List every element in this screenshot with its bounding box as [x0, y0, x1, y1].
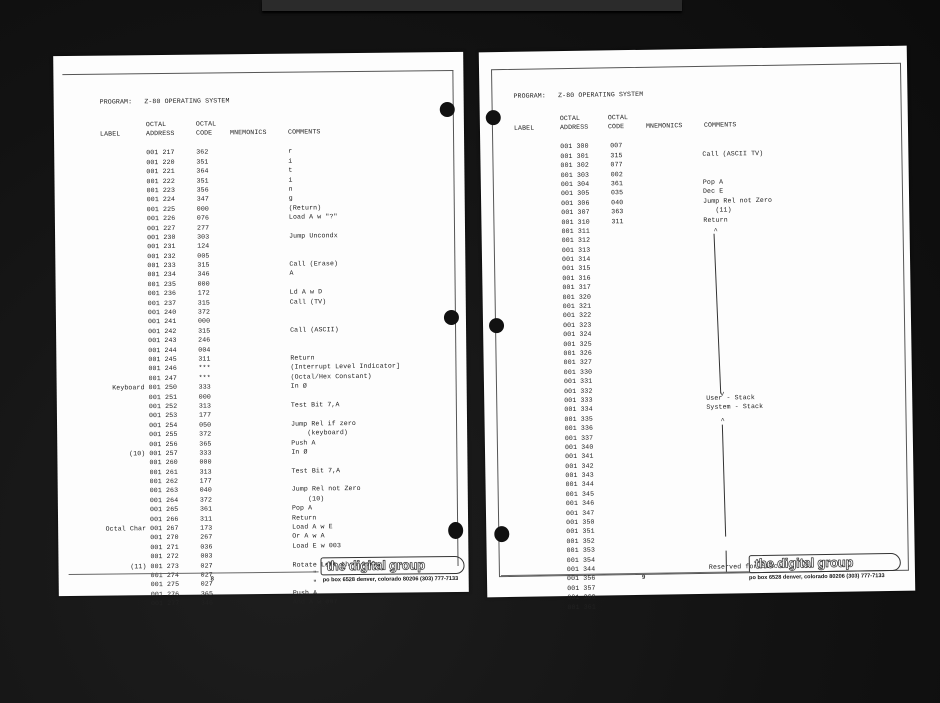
- row-code: 365: [201, 589, 213, 599]
- row-label: Octal Char: [104, 524, 146, 534]
- row-comment: (keyboard): [291, 428, 348, 438]
- row-code: 000: [198, 317, 210, 327]
- row-address: 001 264: [150, 496, 179, 506]
- row-address: 001 231: [147, 242, 176, 252]
- row-code: 277: [197, 223, 209, 233]
- row-comment: (Return): [289, 203, 322, 213]
- row-address: 001 256: [149, 439, 178, 449]
- header-label: LABEL: [514, 124, 534, 134]
- row-code: 050: [199, 420, 211, 430]
- header-comments: COMMENTS: [288, 128, 321, 138]
- row-address: 001 227: [147, 223, 176, 233]
- program-heading: PROGRAM: Z-80 OPERATING SYSTEM: [513, 90, 643, 101]
- row-code: 076: [197, 214, 209, 224]
- row-comment: Load A w E: [292, 522, 333, 532]
- row-code: 036: [200, 542, 212, 552]
- row-code: 077: [610, 160, 622, 170]
- row-code: 363: [611, 207, 623, 217]
- row-comment: A: [289, 269, 293, 278]
- binder-hole: [448, 522, 463, 539]
- row-comment: r: [288, 147, 292, 156]
- row-code: 000: [199, 458, 211, 468]
- row-address: 001 313: [562, 245, 591, 255]
- row-code: 303: [197, 232, 209, 242]
- row-code: 315: [610, 151, 622, 161]
- row-address: 001 321: [563, 302, 592, 312]
- listing-row: 001 361: [521, 601, 651, 612]
- row-address: 001 361: [567, 602, 596, 612]
- row-code: 372: [200, 495, 212, 505]
- row-address: 001 334: [564, 405, 593, 415]
- row-code: 372: [198, 308, 210, 318]
- arrow-down-icon: v: [720, 392, 724, 399]
- row-address: 001 262: [150, 477, 179, 487]
- document-page-9: PROGRAM: Z-80 OPERATING SYSTEM LABEL OCT…: [479, 46, 916, 598]
- row-address: 001 351: [566, 527, 595, 537]
- row-code: 007: [610, 142, 622, 152]
- row-address: 001 345: [566, 489, 595, 499]
- row-code: 177: [200, 477, 212, 487]
- row-code: 000: [197, 204, 209, 214]
- row-address: 001 277: [151, 599, 180, 609]
- row-address: 001 236: [148, 289, 177, 299]
- row-address: 001 250: [149, 383, 178, 393]
- row-address: 001 300: [560, 142, 589, 152]
- binder-hole: [444, 310, 459, 325]
- row-code: 364: [196, 167, 208, 177]
- row-address: 001 340: [565, 443, 594, 453]
- program-name: Z-80 OPERATING SYSTEM: [558, 91, 643, 99]
- row-address: 001 240: [148, 308, 177, 318]
- row-comment: (11): [703, 206, 732, 216]
- header-mnemonics: MNEMONICS: [646, 122, 683, 132]
- program-label: PROGRAM:: [100, 98, 133, 105]
- brand-address: po box 6528 denver, colorado 80206 (303)…: [749, 573, 885, 581]
- row-comment: i: [288, 156, 292, 165]
- row-comment: Load E w 003: [292, 541, 341, 551]
- row-code: 004: [198, 345, 210, 355]
- row-address: 001 270: [150, 533, 179, 543]
- row-code: 351: [196, 176, 208, 186]
- header-comments: COMMENTS: [704, 121, 737, 131]
- row-address: 001 237: [148, 299, 177, 309]
- row-address: 001 317: [562, 283, 591, 293]
- row-comment: Jump Rel not Zero: [292, 484, 361, 494]
- row-code: 002: [611, 170, 623, 180]
- row-comment: (10): [292, 494, 325, 504]
- row-code: 005: [197, 251, 209, 261]
- row-code: 027: [200, 561, 212, 571]
- row-code: 361: [200, 505, 212, 515]
- row-address: 001 331: [564, 377, 593, 387]
- row-comment: Or A w A: [292, 532, 325, 542]
- row-address: 001 306: [561, 198, 590, 208]
- row-code: 333: [199, 383, 211, 393]
- row-address: 001 320: [563, 292, 592, 302]
- row-code: 311: [200, 514, 212, 524]
- row-address: 001 233: [147, 261, 176, 271]
- row-comment: g: [289, 194, 293, 203]
- row-address: 001 230: [147, 233, 176, 243]
- row-comment: Call (TV): [290, 297, 327, 307]
- row-code: 347: [197, 195, 209, 205]
- row-address: 001 356: [567, 574, 596, 584]
- row-address: 001 343: [565, 471, 594, 481]
- brand-logo: the digital group: [755, 555, 854, 572]
- row-address: 001 221: [146, 167, 175, 177]
- row-comment: Call (Erase): [289, 259, 338, 269]
- row-code: 346: [201, 599, 213, 609]
- program-heading: PROGRAM: Z-80 OPERATING SYSTEM: [100, 96, 230, 107]
- row-comment: System - Stack: [706, 402, 763, 412]
- row-address: 001 252: [149, 402, 178, 412]
- listing-row: 001 277346And A w 007: [105, 598, 235, 609]
- row-address: 001 275: [151, 580, 180, 590]
- row-address: 001 337: [565, 433, 594, 443]
- row-code: 035: [611, 189, 623, 199]
- row-comment: Return: [292, 513, 316, 523]
- row-code: 246: [198, 336, 210, 346]
- row-comment: Pop A: [292, 504, 312, 514]
- row-address: 001 335: [564, 414, 593, 424]
- row-address: 001 260: [149, 458, 178, 468]
- row-code: 315: [197, 261, 209, 271]
- row-code: 172: [198, 289, 210, 299]
- row-address: 001 242: [148, 327, 177, 337]
- brand-logo: the digital group: [326, 557, 425, 573]
- row-address: 001 267: [150, 524, 179, 534]
- row-address: 001 261: [150, 468, 179, 478]
- row-code: 003: [200, 552, 212, 562]
- row-address: 001 232: [147, 252, 176, 262]
- row-address: 001 336: [565, 424, 594, 434]
- row-comment: In Ø: [291, 382, 307, 392]
- row-address: 001 315: [562, 264, 591, 274]
- row-address: 001 222: [146, 176, 175, 186]
- row-comment: ": [293, 579, 317, 589]
- listing-sheet: PROGRAM: Z-80 OPERATING SYSTEM LABEL OCT…: [513, 90, 651, 613]
- row-address: 001 225: [147, 205, 176, 215]
- row-comment: Push A: [293, 588, 317, 598]
- program-name: Z-80 OPERATING SYSTEM: [144, 97, 229, 105]
- header-address: ADDRESS: [146, 129, 175, 139]
- row-address: 001 307: [561, 208, 590, 218]
- row-comment: And A w 007: [293, 597, 338, 607]
- row-address: 001 266: [150, 515, 179, 525]
- row-code: ***: [198, 364, 210, 374]
- row-address: 001 301: [560, 151, 589, 161]
- row-address: 001 347: [566, 508, 595, 518]
- row-address: 001 246: [148, 364, 177, 374]
- row-code: ***: [199, 373, 211, 383]
- row-comment: Jump Uncondx: [289, 231, 338, 241]
- row-address: 001 247: [149, 374, 178, 384]
- row-address: 001 271: [150, 543, 179, 553]
- header-label: LABEL: [100, 130, 120, 140]
- row-address: 001 322: [563, 311, 592, 321]
- listing-sheet: PROGRAM: Z-80 OPERATING SYSTEM LABEL OCT…: [100, 96, 235, 609]
- row-address: 001 357: [567, 583, 596, 593]
- row-address: 001 327: [564, 358, 593, 368]
- row-address: 001 344: [565, 480, 594, 490]
- row-code: 346: [197, 270, 209, 280]
- row-address: 001 346: [566, 499, 595, 509]
- row-address: 001 244: [148, 345, 177, 355]
- row-address: 001 220: [146, 158, 175, 168]
- row-comment: Dec E: [703, 187, 723, 197]
- listing-rows: 001 300007001 301315Call (ASCII TV)001 3…: [514, 141, 651, 613]
- row-comment: Return: [703, 215, 727, 225]
- header-mnemonics: MNEMONICS: [230, 128, 267, 138]
- row-address: 001 303: [561, 170, 590, 180]
- row-address: 001 251: [149, 392, 178, 402]
- row-address: 001 353: [567, 546, 596, 556]
- row-address: 001 314: [562, 255, 591, 265]
- row-address: 001 304: [561, 180, 590, 190]
- row-code: 315: [198, 298, 210, 308]
- header-code: CODE: [608, 123, 624, 133]
- row-address: 001 223: [147, 186, 176, 196]
- row-address: 001 305: [561, 189, 590, 199]
- row-code: 315: [198, 326, 210, 336]
- row-comment: In Ø: [291, 447, 307, 457]
- row-code: 365: [199, 439, 211, 449]
- row-code: 311: [198, 355, 210, 365]
- row-code: 333: [199, 448, 211, 458]
- row-label: Keyboard: [103, 383, 145, 393]
- row-code: 124: [197, 242, 209, 252]
- row-code: 311: [611, 217, 623, 227]
- header-code: CODE: [196, 129, 212, 139]
- row-comment: Pop A: [703, 178, 723, 188]
- row-address: 001 243: [148, 336, 177, 346]
- row-address: 001 332: [564, 386, 593, 396]
- row-comment: Test Bit 7,A: [291, 466, 340, 476]
- row-address: 001 350: [566, 518, 595, 528]
- row-code: 040: [611, 198, 623, 208]
- row-address: 001 333: [564, 396, 593, 406]
- row-address: 001 273: [150, 561, 179, 571]
- row-address: 001 226: [147, 214, 176, 224]
- row-address: 001 312: [562, 236, 591, 246]
- row-address: 001 326: [563, 349, 592, 359]
- row-address: 001 354: [567, 555, 596, 565]
- brand-address: po box 6528 denver, colorado 80206 (303)…: [323, 576, 459, 583]
- row-address: 001 341: [565, 452, 594, 462]
- row-comment: Load A w "?": [289, 212, 338, 222]
- row-address: 001 311: [561, 227, 590, 237]
- column-headers: LABEL OCTAL ADDRESS OCTAL CODE MNEMONICS…: [514, 109, 644, 139]
- row-address: 001 254: [149, 421, 178, 431]
- page-number: 8: [211, 577, 214, 583]
- row-code: 361: [611, 179, 623, 189]
- row-code: 372: [199, 430, 211, 440]
- row-address: 001 253: [149, 411, 178, 421]
- row-code: 362: [196, 148, 208, 158]
- header-address: ADDRESS: [560, 123, 589, 133]
- row-comment: t: [288, 166, 292, 175]
- row-address: 001 302: [560, 161, 589, 171]
- row-address: 001 263: [150, 486, 179, 496]
- row-comment: n: [289, 185, 293, 194]
- row-comment: i: [288, 175, 292, 184]
- binder-hole: [440, 102, 455, 117]
- row-code: 177: [199, 411, 211, 421]
- row-code: 313: [199, 467, 211, 477]
- row-address: 001 234: [147, 270, 176, 280]
- row-address: 001 235: [148, 280, 177, 290]
- row-address: 001 323: [563, 320, 592, 330]
- page-number: 9: [642, 575, 645, 581]
- program-label: PROGRAM:: [513, 92, 546, 100]
- row-address: 001 265: [150, 505, 179, 515]
- row-code: 000: [198, 279, 210, 289]
- row-code: 356: [197, 186, 209, 196]
- row-address: 001 330: [564, 367, 593, 377]
- row-comment: Call (ASCII TV): [702, 149, 763, 159]
- row-comment: (Octal/Hex Constant): [291, 372, 372, 382]
- row-address: 001 325: [563, 339, 592, 349]
- row-comment: Ld A w D: [290, 288, 323, 298]
- row-label: (11): [104, 562, 146, 572]
- row-comment: Push A: [291, 438, 315, 448]
- document-page-8: PROGRAM: Z-80 OPERATING SYSTEM LABEL OCT…: [53, 52, 469, 596]
- row-address: 001 245: [148, 355, 177, 365]
- row-code: 351: [196, 157, 208, 167]
- row-comment: Call (ASCII): [290, 325, 339, 335]
- row-address: 001 276: [151, 590, 180, 600]
- row-comment: Test Bit 7,A: [291, 400, 340, 410]
- row-code: 040: [200, 486, 212, 496]
- row-address: 001 255: [149, 430, 178, 440]
- row-address: 001 352: [566, 536, 595, 546]
- row-comment: Return: [290, 353, 314, 363]
- scanner-lid-edge: [262, 0, 682, 11]
- row-address: 001 324: [563, 330, 592, 340]
- row-address: 001 257: [149, 449, 178, 459]
- row-address: 001 360: [567, 593, 596, 603]
- listing-rows: 001 217362r001 220351i001 221364t001 222…: [100, 148, 235, 609]
- row-label: (10): [103, 449, 145, 459]
- row-address: 001 241: [148, 317, 177, 327]
- row-code: 267: [200, 533, 212, 543]
- row-code: 313: [199, 401, 211, 411]
- row-address: 001 342: [565, 461, 594, 471]
- row-address: 001 310: [561, 217, 590, 227]
- column-headers: LABEL OCTAL ADDRESS OCTAL CODE MNEMONICS…: [100, 116, 230, 145]
- row-code: 000: [199, 392, 211, 402]
- row-address: 001 224: [147, 195, 176, 205]
- row-address: 001 217: [146, 148, 175, 158]
- row-code: 173: [200, 524, 212, 534]
- row-address: 001 272: [150, 552, 179, 562]
- row-address: 001 316: [562, 274, 591, 284]
- row-comment: Jump Rel not Zero: [703, 196, 772, 206]
